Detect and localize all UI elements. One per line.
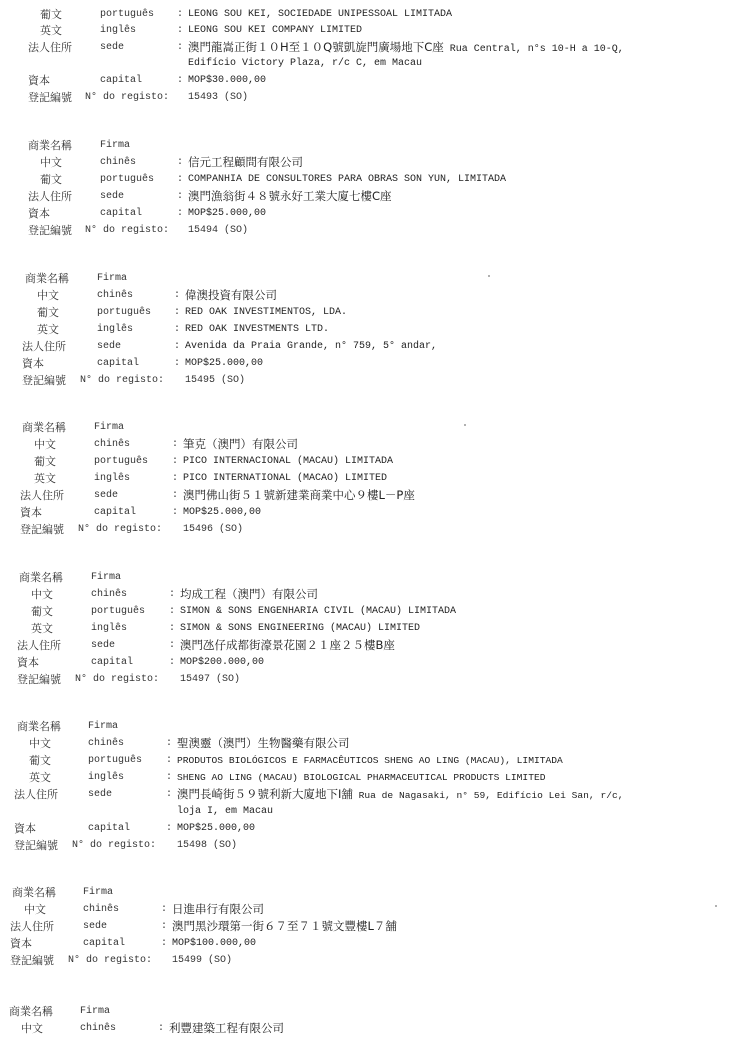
firma-row: 商業名稱 Firma: [0, 1003, 732, 1020]
capital-pt-label: capital: [83, 935, 125, 952]
colon: :: [158, 1020, 164, 1037]
firma-pt-label: Firma: [94, 419, 124, 436]
firma-row: 商業名稱 Firma: [0, 270, 732, 287]
portugues-pt-label: português: [100, 171, 154, 188]
chines-row: 中文 chinês : 聖澳靈（澳門）生物醫藥有限公司: [0, 735, 732, 752]
ingles-row: 英文 inglês : SHENG AO LING (MACAU) BIOLOG…: [0, 769, 732, 786]
registo-row: 登記編號 N° do registo: 15497 (SO): [0, 671, 732, 688]
chines-value-text: 聖澳靈（澳門）生物醫藥有限公司: [177, 736, 350, 750]
chines-value-text: 利豐建築工程有限公司: [169, 1021, 284, 1035]
chines-zh-label: 中文: [37, 287, 59, 304]
capital-value: MOP$100.000,00: [172, 935, 256, 952]
capital-row: 資本 capital : MOP$30.000,00: [0, 72, 732, 89]
chines-value: 利豐建築工程有限公司: [169, 1020, 284, 1039]
chines-pt-label: chinês: [100, 154, 136, 171]
ingles-zh-label: 英文: [34, 470, 56, 487]
sede-pt-label: sede: [83, 918, 107, 935]
firma-zh-label: 商業名稱: [17, 718, 61, 735]
ingles-value: RED OAK INVESTMENTS LTD.: [185, 321, 329, 338]
registo-row: 登記編號 N° do registo: 15495 (SO): [0, 372, 732, 389]
sede-value-cjk: 澳門氹仔成都街濠景花園２１座２５樓B座: [180, 638, 395, 652]
capital-value: MOP$25.000,00: [188, 205, 266, 222]
capital-zh-label: 資本: [28, 205, 50, 222]
registo-zh-label: 登記編號: [10, 952, 54, 969]
chines-value-text: 均成工程（澳門）有限公司: [180, 587, 318, 601]
colon: :: [177, 22, 183, 39]
ingles-row: 英文 inglês : RED OAK INVESTMENTS LTD.: [0, 321, 732, 338]
sede-zh-label: 法人住所: [17, 637, 61, 654]
registo-pt-label: N° do registo:: [85, 222, 169, 239]
portugues-row: 葡文 português : LEONG SOU KEI, SOCIEDADE …: [0, 6, 732, 23]
colon: :: [174, 321, 180, 338]
chines-value-text: 日進串行有限公司: [172, 902, 264, 916]
portugues-pt-label: português: [88, 752, 142, 769]
chines-pt-label: chinês: [97, 287, 133, 304]
chines-zh-label: 中文: [34, 436, 56, 453]
registo-zh-label: 登記編號: [14, 837, 58, 854]
capital-pt-label: capital: [97, 355, 139, 372]
ingles-zh-label: 英文: [37, 321, 59, 338]
portugues-zh-label: 葡文: [34, 453, 56, 470]
capital-row: 資本 capital : MOP$200.000,00: [0, 654, 732, 671]
sede-pt-label: sede: [100, 188, 124, 205]
registo-zh-label: 登記編號: [28, 222, 72, 239]
colon: :: [174, 338, 180, 355]
capital-value: MOP$200.000,00: [180, 654, 264, 671]
portugues-value: PICO INTERNACIONAL (MACAU) LIMITADA: [183, 453, 393, 470]
sede-zh-label: 法人住所: [10, 918, 54, 935]
sede-value-cjk: 澳門龍嵩正街１０H至１０Q號凱旋門廣場地下C座: [188, 40, 444, 54]
registo-row: 登記編號 N° do registo: 15494 (SO): [0, 222, 732, 239]
sede-value-line2: loja I, em Macau: [177, 803, 273, 820]
sede-row-continuation: loja I, em Macau: [0, 803, 732, 820]
colon: :: [166, 820, 172, 837]
firma-pt-label: Firma: [80, 1003, 110, 1020]
registo-row: 登記編號 N° do registo: 15493 (SO): [0, 89, 732, 106]
chines-pt-label: chinês: [94, 436, 130, 453]
chines-value-text: 筆克（澳門）有限公司: [183, 437, 298, 451]
registo-row: 登記編號 N° do registo: 15498 (SO): [0, 837, 732, 854]
colon: :: [166, 735, 172, 752]
chines-zh-label: 中文: [40, 154, 62, 171]
sede-value-line2: Edifício Victory Plaza, r/c C, em Macau: [188, 55, 422, 72]
capital-zh-label: 資本: [14, 820, 36, 837]
portugues-row: 葡文 português : SIMON & SONS ENGENHARIA C…: [0, 603, 732, 620]
colon: :: [166, 769, 172, 786]
registo-row: 登記編號 N° do registo: 15496 (SO): [0, 521, 732, 538]
firma-pt-label: Firma: [100, 137, 130, 154]
ingles-value: SHENG AO LING (MACAU) BIOLOGICAL PHARMAC…: [177, 769, 545, 786]
ingles-zh-label: 英文: [40, 22, 62, 39]
registo-pt-label: N° do registo:: [68, 952, 152, 969]
colon: :: [177, 154, 183, 171]
firma-row: 商業名稱 Firma: [0, 884, 732, 901]
registo-value: 15497 (SO): [180, 671, 240, 688]
ingles-pt-label: inglês: [88, 769, 124, 786]
capital-zh-label: 資本: [17, 654, 39, 671]
registo-pt-label: N° do registo:: [80, 372, 164, 389]
registo-value: 15498 (SO): [177, 837, 237, 854]
capital-zh-label: 資本: [20, 504, 42, 521]
ingles-zh-label: 英文: [31, 620, 53, 637]
registo-pt-label: N° do registo:: [85, 89, 169, 106]
portugues-zh-label: 葡文: [37, 304, 59, 321]
capital-value: MOP$30.000,00: [188, 72, 266, 89]
ingles-pt-label: inglês: [100, 22, 136, 39]
colon: :: [172, 453, 178, 470]
firma-pt-label: Firma: [88, 718, 118, 735]
registo-pt-label: N° do registo:: [75, 671, 159, 688]
capital-value: MOP$25.000,00: [185, 355, 263, 372]
scan-speck: [464, 424, 466, 426]
registo-zh-label: 登記編號: [20, 521, 64, 538]
sede-row: 法人住所 sede : 澳門漁翁街４８號永好工業大廈七樓C座: [0, 188, 732, 205]
ingles-value: SIMON & SONS ENGINEERING (MACAU) LIMITED: [180, 620, 420, 637]
sede-pt-label: sede: [97, 338, 121, 355]
capital-zh-label: 資本: [22, 355, 44, 372]
portugues-zh-label: 葡文: [40, 171, 62, 188]
portugues-zh-label: 葡文: [31, 603, 53, 620]
firma-zh-label: 商業名稱: [25, 270, 69, 287]
chines-zh-label: 中文: [31, 586, 53, 603]
colon: :: [166, 786, 172, 803]
firma-row: 商業名稱 Firma: [0, 569, 732, 586]
capital-row: 資本 capital : MOP$25.000,00: [0, 205, 732, 222]
portugues-zh-label: 葡文: [29, 752, 51, 769]
registo-row: 登記編號 N° do registo: 15499 (SO): [0, 952, 732, 969]
portugues-pt-label: português: [94, 453, 148, 470]
portugues-row: 葡文 português : COMPANHIA DE CONSULTORES …: [0, 171, 732, 188]
sede-value: Avenida da Praia Grande, n° 759, 5° anda…: [185, 338, 437, 355]
firma-zh-label: 商業名稱: [28, 137, 72, 154]
capital-value: MOP$25.000,00: [177, 820, 255, 837]
colon: :: [169, 637, 175, 654]
registo-zh-label: 登記編號: [28, 89, 72, 106]
portugues-pt-label: português: [97, 304, 151, 321]
chines-row: 中文 chinês : 信元工程顧問有限公司: [0, 154, 732, 171]
sede-value-latin: Rua de Nagasaki, n° 59, Edifício Lei San…: [353, 790, 624, 801]
firma-row: 商業名稱 Firma: [0, 419, 732, 436]
colon: :: [161, 901, 167, 918]
chines-zh-label: 中文: [24, 901, 46, 918]
chines-pt-label: chinês: [80, 1020, 116, 1037]
registo-value: 15494 (SO): [188, 222, 248, 239]
colon: :: [177, 39, 183, 56]
portugues-value: LEONG SOU KEI, SOCIEDADE UNIPESSOAL LIMI…: [188, 6, 452, 23]
colon: :: [174, 304, 180, 321]
sede-value-cjk: 澳門佛山街５１號新建業商業中心９樓L－P座: [183, 488, 415, 502]
registo-pt-label: N° do registo:: [72, 837, 156, 854]
sede-row: 法人住所 sede : 澳門氹仔成都街濠景花園２１座２５樓B座: [0, 637, 732, 654]
ingles-value: LEONG SOU KEI COMPANY LIMITED: [188, 22, 362, 39]
ingles-pt-label: inglês: [91, 620, 127, 637]
chines-zh-label: 中文: [29, 735, 51, 752]
ingles-pt-label: inglês: [97, 321, 133, 338]
colon: :: [177, 205, 183, 222]
sede-zh-label: 法人住所: [20, 487, 64, 504]
firma-row: 商業名稱 Firma: [0, 718, 732, 735]
capital-row: 資本 capital : MOP$25.000,00: [0, 504, 732, 521]
capital-row: 資本 capital : MOP$100.000,00: [0, 935, 732, 952]
ingles-row: 英文 inglês : SIMON & SONS ENGINEERING (MA…: [0, 620, 732, 637]
capital-value: MOP$25.000,00: [183, 504, 261, 521]
colon: :: [177, 6, 183, 23]
registo-value: 15496 (SO): [183, 521, 243, 538]
sede-row: 法人住所 sede : 澳門黑沙環第一街６７至７１號文豐樓L７舖: [0, 918, 732, 935]
sede-value-cjk: 澳門長崎街５９號利新大廈地下I舖: [177, 787, 353, 801]
firma-row: 商業名稱 Firma: [0, 137, 732, 154]
colon: :: [172, 436, 178, 453]
portugues-pt-label: português: [91, 603, 145, 620]
chines-value-text: 信元工程顧問有限公司: [188, 155, 303, 169]
capital-zh-label: 資本: [10, 935, 32, 952]
registo-pt-label: N° do registo:: [78, 521, 162, 538]
colon: :: [174, 355, 180, 372]
firma-zh-label: 商業名稱: [9, 1003, 53, 1020]
portugues-value: RED OAK INVESTIMENTOS, LDA.: [185, 304, 347, 321]
capital-pt-label: capital: [94, 504, 136, 521]
firma-zh-label: 商業名稱: [22, 419, 66, 436]
firma-pt-label: Firma: [91, 569, 121, 586]
registo-zh-label: 登記編號: [22, 372, 66, 389]
chines-pt-label: chinês: [83, 901, 119, 918]
colon: :: [172, 470, 178, 487]
colon: :: [161, 935, 167, 952]
portugues-zh-label: 葡文: [40, 6, 62, 23]
sede-value-cjk: 澳門黑沙環第一街６７至７１號文豐樓L７舖: [172, 919, 397, 933]
capital-pt-label: capital: [88, 820, 130, 837]
sede-zh-label: 法人住所: [14, 786, 58, 803]
colon: :: [177, 72, 183, 89]
sede-row-continuation: Edifício Victory Plaza, r/c C, em Macau: [0, 55, 732, 72]
portugues-row: 葡文 português : PRODUTOS BIOLÓGICOS E FAR…: [0, 752, 732, 769]
sede-row: 法人住所 sede : 澳門佛山街５１號新建業商業中心９樓L－P座: [0, 487, 732, 504]
capital-pt-label: capital: [91, 654, 133, 671]
capital-zh-label: 資本: [28, 72, 50, 89]
portugues-row: 葡文 português : RED OAK INVESTIMENTOS, LD…: [0, 304, 732, 321]
colon: :: [161, 918, 167, 935]
colon: :: [169, 654, 175, 671]
chines-pt-label: chinês: [88, 735, 124, 752]
firma-zh-label: 商業名稱: [12, 884, 56, 901]
colon: :: [169, 586, 175, 603]
capital-row: 資本 capital : MOP$25.000,00: [0, 355, 732, 372]
capital-pt-label: capital: [100, 72, 142, 89]
sede-value-latin: Rua Central, n°s 10-H a 10-Q,: [444, 44, 624, 55]
ingles-row: 英文 inglês : PICO INTERNATIONAL (MACAO) L…: [0, 470, 732, 487]
ingles-zh-label: 英文: [29, 769, 51, 786]
chines-value-text: 偉澳投資有限公司: [185, 288, 277, 302]
chines-pt-label: chinês: [91, 586, 127, 603]
registo-zh-label: 登記編號: [17, 671, 61, 688]
portugues-value: PRODUTOS BIOLÓGICOS E FARMACÊUTICOS SHEN…: [177, 752, 563, 769]
capital-row: 資本 capital : MOP$25.000,00: [0, 820, 732, 837]
portugues-value: SIMON & SONS ENGENHARIA CIVIL (MACAU) LI…: [180, 603, 456, 620]
sede-pt-label: sede: [94, 487, 118, 504]
registo-value: 15493 (SO): [188, 89, 248, 106]
chines-row: 中文 chinês : 均成工程（澳門）有限公司: [0, 586, 732, 603]
sede-pt-label: sede: [100, 39, 124, 56]
ingles-value: PICO INTERNATIONAL (MACAO) LIMITED: [183, 470, 387, 487]
sede-pt-label: sede: [91, 637, 115, 654]
sede-zh-label: 法人住所: [28, 188, 72, 205]
colon: :: [177, 171, 183, 188]
registo-value: 15499 (SO): [172, 952, 232, 969]
sede-zh-label: 法人住所: [28, 39, 72, 56]
capital-pt-label: capital: [100, 205, 142, 222]
portugues-row: 葡文 português : PICO INTERNACIONAL (MACAU…: [0, 453, 732, 470]
colon: :: [177, 188, 183, 205]
ingles-pt-label: inglês: [94, 470, 130, 487]
firma-pt-label: Firma: [97, 270, 127, 287]
sede-value-cjk: 澳門漁翁街４８號永好工業大廈七樓C座: [188, 189, 392, 203]
portugues-pt-label: português: [100, 6, 154, 23]
colon: :: [172, 487, 178, 504]
chines-row: 中文 chinês : 利豐建築工程有限公司: [0, 1020, 732, 1037]
sede-pt-label: sede: [88, 786, 112, 803]
chines-row: 中文 chinês : 偉澳投資有限公司: [0, 287, 732, 304]
colon: :: [169, 603, 175, 620]
ingles-row: 英文 inglês : LEONG SOU KEI COMPANY LIMITE…: [0, 22, 732, 39]
sede-zh-label: 法人住所: [22, 338, 66, 355]
chines-zh-label: 中文: [21, 1020, 43, 1037]
scanned-document-page: 葡文 português : LEONG SOU KEI, SOCIEDADE …: [0, 0, 732, 1058]
firma-zh-label: 商業名稱: [19, 569, 63, 586]
scan-speck: [715, 905, 717, 907]
firma-pt-label: Firma: [83, 884, 113, 901]
scan-speck: [488, 275, 490, 277]
chines-row: 中文 chinês : 日進串行有限公司: [0, 901, 732, 918]
registo-value: 15495 (SO): [185, 372, 245, 389]
sede-row: 法人住所 sede : Avenida da Praia Grande, n° …: [0, 338, 732, 355]
sede-row: 法人住所 sede : 澳門龍嵩正街１０H至１０Q號凱旋門廣場地下C座 Rua …: [0, 39, 732, 56]
colon: :: [166, 752, 172, 769]
colon: :: [172, 504, 178, 521]
colon: :: [174, 287, 180, 304]
portugues-value: COMPANHIA DE CONSULTORES PARA OBRAS SON …: [188, 171, 506, 188]
chines-row: 中文 chinês : 筆克（澳門）有限公司: [0, 436, 732, 453]
colon: :: [169, 620, 175, 637]
sede-row: 法人住所 sede : 澳門長崎街５９號利新大廈地下I舖 Rua de Naga…: [0, 786, 732, 803]
